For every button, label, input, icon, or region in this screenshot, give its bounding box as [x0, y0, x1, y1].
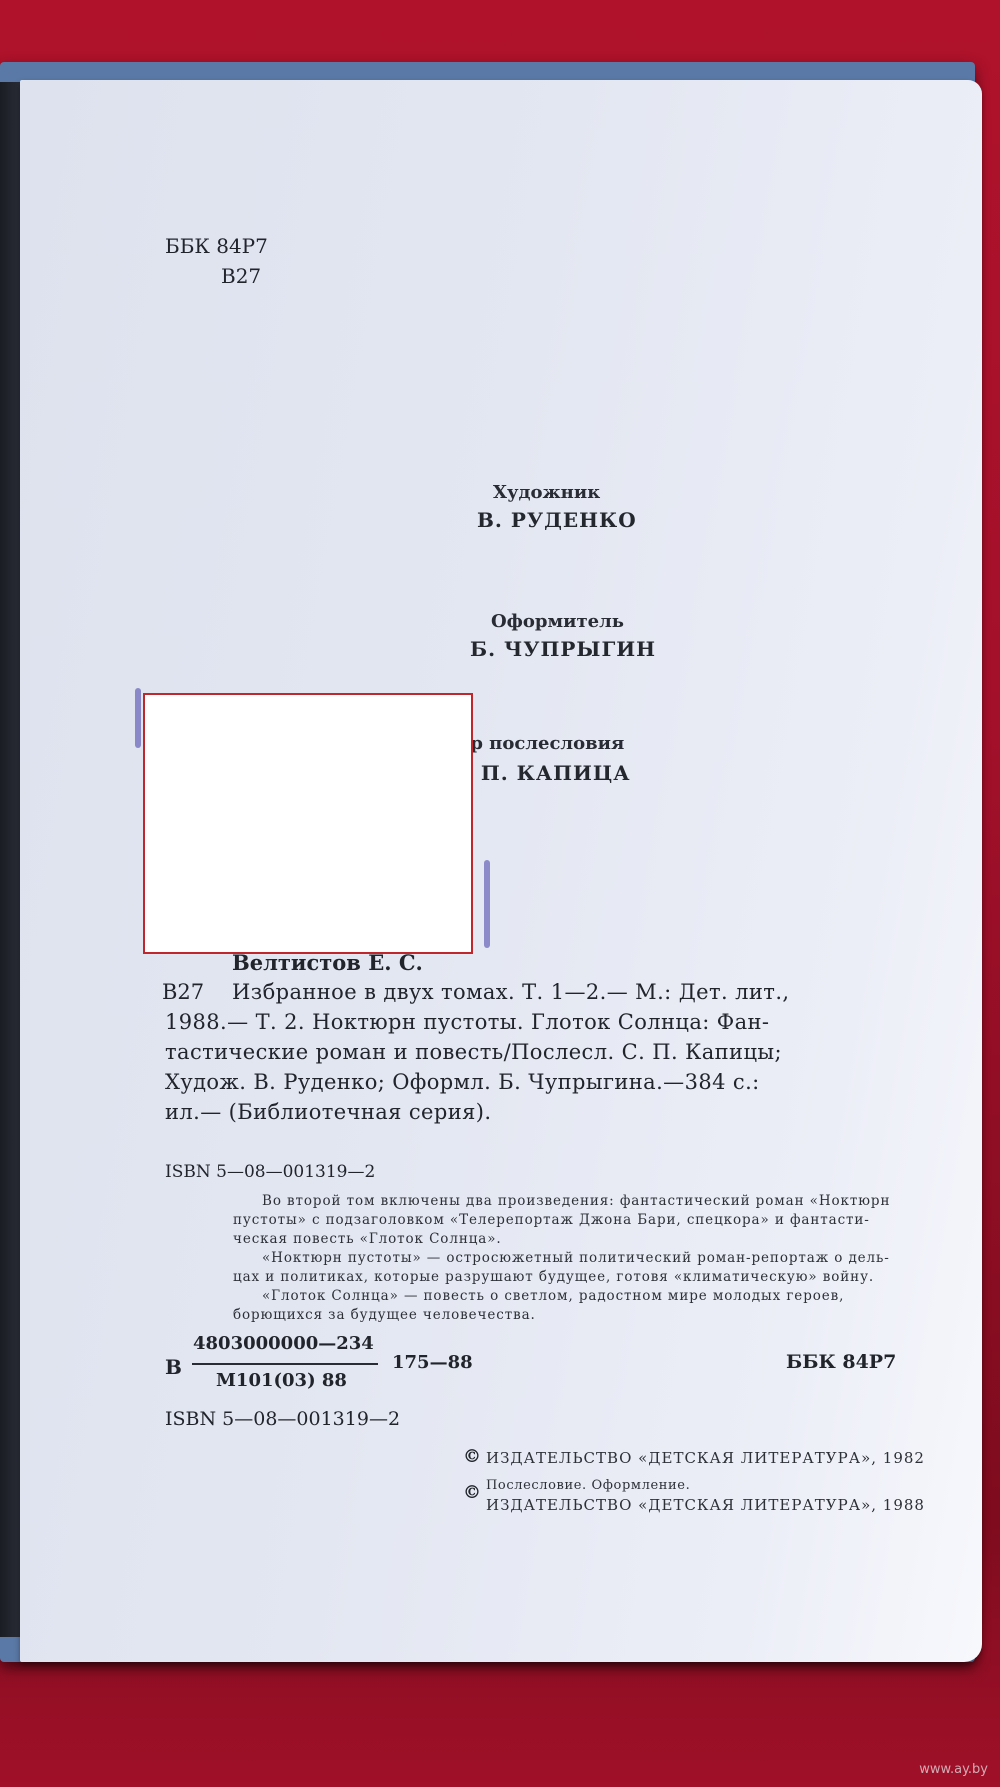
imprint-letter: В: [165, 1355, 182, 1379]
annotation-line: пустоты» с подзаголовком «Телерепортаж Д…: [233, 1212, 870, 1228]
imprint-order: 175—88: [392, 1352, 473, 1373]
redaction-box: [143, 693, 473, 954]
annotation-line: «Глоток Солнца» — повесть о светлом, рад…: [262, 1288, 844, 1304]
bbk-code-bottom: ББК 84Р7: [786, 1351, 896, 1373]
annotation-line: цах и политиках, которые разрушают будущ…: [233, 1269, 874, 1285]
credit-name-afterword: С. П. КАПИЦА: [448, 761, 631, 785]
catalog-line: 1988.— Т. 2. Ноктюрн пустоты. Глоток Сол…: [165, 1010, 769, 1034]
credit-role-designer: Оформитель: [491, 611, 624, 632]
stamp-ink-mark: [484, 860, 490, 948]
copyright-line: ИЗДАТЕЛЬСТВО «ДЕТСКАЯ ЛИТЕРАТУРА», 1988: [486, 1496, 925, 1514]
imprint-isbn: ISBN 5—08—001319—2: [165, 1408, 400, 1430]
stamp-ink-mark: [135, 688, 141, 748]
imprint-fraction-line: [192, 1363, 378, 1365]
watermark: www.ay.by: [919, 1762, 988, 1777]
catalog-line: Избранное в двух томах. Т. 1—2.— М.: Дет…: [232, 980, 789, 1004]
catalog-line: ил.— (Библиотечная серия).: [165, 1100, 491, 1124]
copyright-icon: ©: [463, 1446, 481, 1467]
imprint-denominator: М101(03) 88: [216, 1370, 347, 1391]
credit-name-artist: В. РУДЕНКО: [477, 508, 637, 532]
annotation-line: ческая повесть «Глоток Солнца».: [233, 1231, 502, 1247]
catalog-author: Велтистов Е. С.: [232, 950, 423, 975]
catalog-code: В27: [162, 980, 204, 1004]
catalog-line: тастические роман и повесть/Послесл. С. …: [165, 1040, 782, 1064]
copyright-icon: ©: [463, 1482, 481, 1503]
bbk-code-top: ББК 84Р7: [165, 234, 268, 258]
credit-name-designer: Б. ЧУПРЫГИН: [470, 637, 656, 661]
credit-role-artist: Художник: [493, 482, 600, 503]
copyright-line: ИЗДАТЕЛЬСТВО «ДЕТСКАЯ ЛИТЕРАТУРА», 1982: [486, 1449, 925, 1467]
author-code-top: В27: [221, 264, 261, 288]
annotation-line: борющихся за будущее человечества.: [233, 1307, 536, 1323]
copyright-line: Послесловие. Оформление.: [486, 1478, 690, 1493]
catalog-isbn: ISBN 5—08—001319—2: [165, 1162, 375, 1182]
annotation-line: «Ноктюрн пустоты» — остросюжетный полити…: [262, 1250, 890, 1266]
annotation-line: Во второй том включены два произведения:…: [262, 1193, 890, 1209]
catalog-line: Худож. В. Руденко; Оформл. Б. Чупрыгина.…: [165, 1070, 760, 1094]
book-spine: [0, 82, 22, 1637]
imprint-numerator: 4803000000—234: [193, 1333, 374, 1354]
